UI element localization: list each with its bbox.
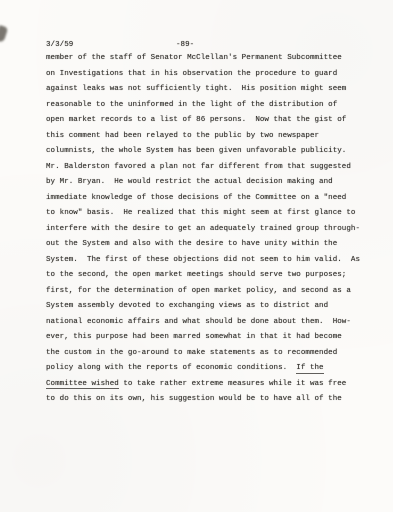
text-line: the custom in the go-around to make stat… [46, 346, 366, 362]
text-line: reasonable to the uninformed in the ligh… [46, 98, 366, 114]
text-line: Committee wished to take rather extreme … [46, 377, 366, 393]
document-date: 3/3/59 [46, 41, 73, 49]
text-line: by Mr. Bryan. He would restrict the actu… [46, 175, 366, 191]
text-segment: System assembly devoted to exchanging vi… [46, 302, 328, 310]
text-segment: policy along with the reports of economi… [46, 364, 296, 372]
text-line: this comment had been relayed to the pub… [46, 129, 366, 145]
text-segment: interfere with the desire to get an adeq… [46, 225, 360, 233]
text-line: to the second, the open market meetings … [46, 268, 366, 284]
text-segment: System. The first of these objections di… [46, 256, 360, 264]
text-segment: to the second, the open market meetings … [46, 271, 346, 279]
text-segment: by Mr. Bryan. He would restrict the actu… [46, 178, 333, 186]
text-line: on Investigations that in his observatio… [46, 67, 366, 83]
text-segment: this comment had been relayed to the pub… [46, 132, 319, 140]
text-segment: on Investigations that in his observatio… [46, 70, 337, 78]
text-line: national economic affairs and what shoul… [46, 315, 366, 331]
text-segment: to do this on its own, his suggestion wo… [46, 395, 342, 403]
text-line: to know" basis. He realized that this mi… [46, 206, 366, 222]
document-body-text: member of the staff of Senator McClellan… [46, 51, 366, 408]
text-segment: ever, this purpose had been marred somew… [46, 333, 342, 341]
text-segment: Mr. Balderston favored a plan not far di… [46, 163, 351, 171]
text-segment: reasonable to the uninformed in the ligh… [46, 101, 337, 109]
text-line: columnists, the whole System has been gi… [46, 144, 366, 160]
text-line: ever, this purpose had been marred somew… [46, 330, 366, 346]
text-segment: member of the staff of Senator McClellan… [46, 54, 342, 62]
text-segment: against leaks was not sufficiently tight… [46, 85, 346, 93]
text-segment: the custom in the go-around to make stat… [46, 349, 337, 357]
text-line: interfere with the desire to get an adeq… [46, 222, 366, 238]
text-segment: immediate knowledge of those decisions o… [46, 194, 346, 202]
text-segment: columnists, the whole System has been gi… [46, 147, 346, 155]
text-segment: to take rather extreme measures while it… [119, 380, 347, 388]
underlined-text-segment: If the [296, 364, 323, 374]
scanned-document-page: 3/3/59 -89- member of the staff of Senat… [0, 0, 393, 512]
text-segment: first, for the determination of open mar… [46, 287, 351, 295]
text-segment: to know" basis. He realized that this mi… [46, 209, 355, 217]
text-line: System assembly devoted to exchanging vi… [46, 299, 366, 315]
text-line: policy along with the reports of economi… [46, 361, 366, 377]
text-segment: out the System and also with the desire … [46, 240, 337, 248]
text-line: System. The first of these objections di… [46, 253, 366, 269]
page-number: -89- [176, 41, 194, 49]
text-segment: national economic affairs and what shoul… [46, 318, 351, 326]
text-line: immediate knowledge of those decisions o… [46, 191, 366, 207]
text-line: out the System and also with the desire … [46, 237, 366, 253]
text-line: member of the staff of Senator McClellan… [46, 51, 366, 67]
text-segment: open market records to a list of 86 pers… [46, 116, 346, 124]
text-line: to do this on its own, his suggestion wo… [46, 392, 366, 408]
text-line: Mr. Balderston favored a plan not far di… [46, 160, 366, 176]
text-line: first, for the determination of open mar… [46, 284, 366, 300]
underlined-text-segment: Committee wished [46, 380, 119, 390]
text-line: open market records to a list of 86 pers… [46, 113, 366, 129]
text-line: against leaks was not sufficiently tight… [46, 82, 366, 98]
